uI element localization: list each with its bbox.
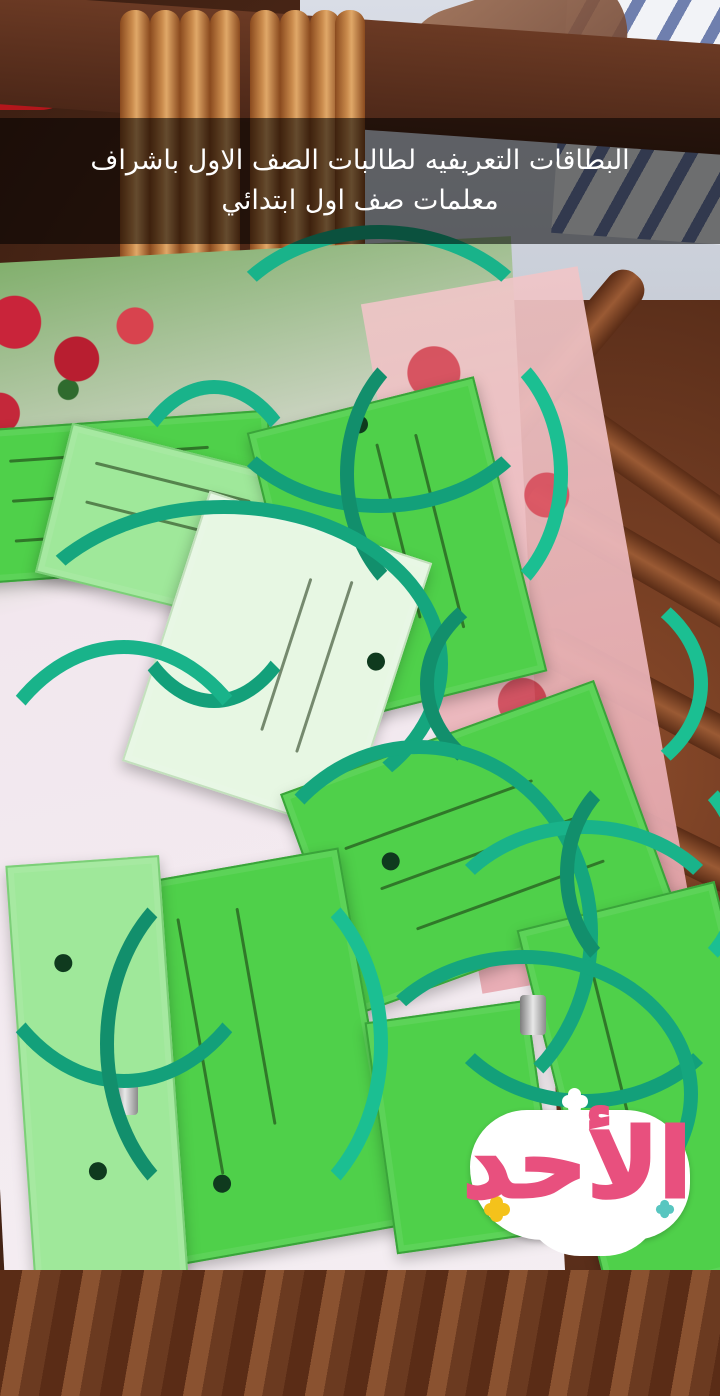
ribbon [100,860,388,1228]
story-caption[interactable]: البطاقات التعريفيه لطالبات الصف الاول با… [0,118,720,244]
caption-line-1: البطاقات التعريفيه لطالبات الصف الاول با… [90,141,629,181]
basket-bottom [0,1270,720,1396]
caption-line-2: معلمات صف اول ابتدائي [221,181,498,221]
sticker-day-text: الأحد [462,1104,692,1224]
day-sticker[interactable]: الأحد [462,1088,692,1258]
story-view[interactable]: البطاقات التعريفيه لطالبات الصف الاول با… [0,0,720,1396]
